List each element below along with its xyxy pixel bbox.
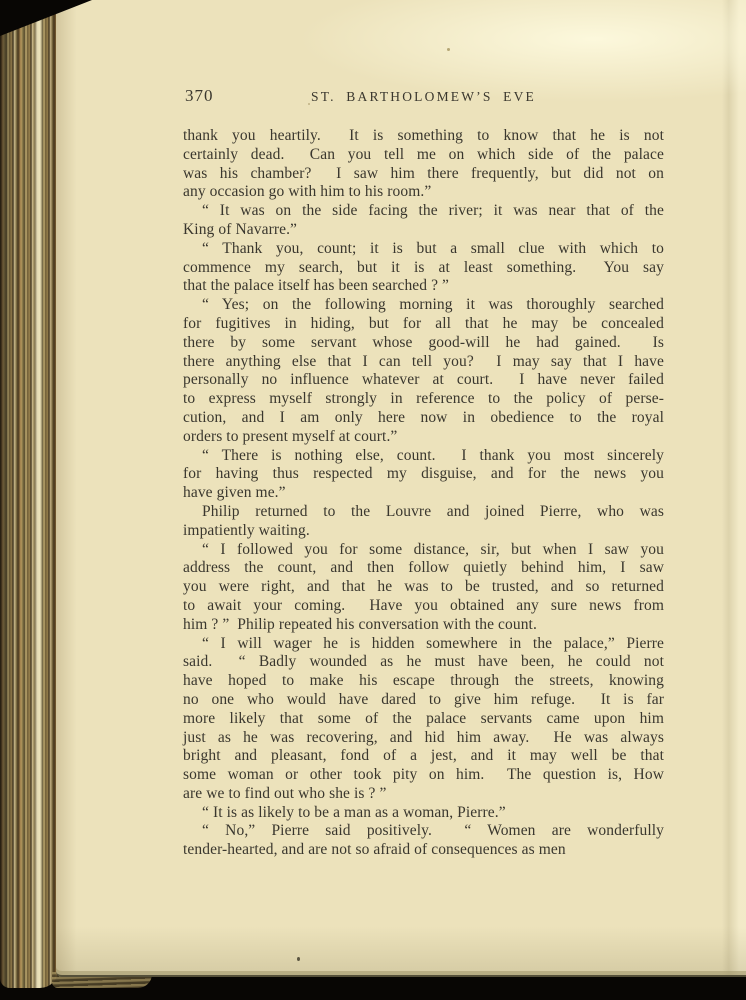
text-line: have hoped to make his escape through th…	[183, 672, 664, 691]
running-head: 370 ST. BARTHOLOMEW’S EVE	[183, 86, 664, 108]
text-line: personally no influence whatever at cour…	[183, 371, 664, 390]
text-line: are we to find out who she is ? ”	[183, 785, 664, 804]
text-line: “ It is as likely to be a man as a woman…	[183, 804, 664, 823]
paragraph: “ Yes; on the following morning it was t…	[183, 296, 664, 446]
text-line: said. “ Badly wounded as he must have be…	[183, 653, 664, 672]
paragraph: “ It is as likely to be a man as a woman…	[183, 804, 664, 823]
text-line: “ Thank you, count; it is but a small cl…	[183, 240, 664, 259]
text-line: certainly dead. Can you tell me on which…	[183, 146, 664, 165]
book-page: 370 ST. BARTHOLOMEW’S EVE thank you hear…	[56, 0, 746, 977]
paragraph: Philip returned to the Louvre and joined…	[183, 503, 664, 541]
paragraph: “ It was on the side facing the river; i…	[183, 202, 664, 240]
scan-speck	[447, 48, 450, 51]
scan-speck	[297, 957, 300, 961]
text-line: no one who would have dared to give him …	[183, 691, 664, 710]
text-line: “ It was on the side facing the river; i…	[183, 202, 664, 221]
text-line: “ No,” Pierre said positively. “ Women a…	[183, 822, 664, 841]
text-line: “ I followed you for some distance, sir,…	[183, 541, 664, 560]
text-line: for having thus respected my disguise, a…	[183, 465, 664, 484]
text-line: have given me.”	[183, 484, 664, 503]
text-line: that the palace itself has been searched…	[183, 277, 664, 296]
text-line: “ There is nothing else, count. I thank …	[183, 447, 664, 466]
paragraph: “ There is nothing else, count. I thank …	[183, 447, 664, 503]
text-line: to await your coming. Have you obtained …	[183, 597, 664, 616]
scan-speck	[308, 103, 310, 105]
paragraph: “ No,” Pierre said positively. “ Women a…	[183, 822, 664, 860]
text-line: orders to present myself at court.”	[183, 428, 664, 447]
text-line: him ? ” Philip repeated his conversation…	[183, 616, 664, 635]
text-line: King of Navarre.”	[183, 221, 664, 240]
text-line: bright and pleasant, fond of a jest, and…	[183, 747, 664, 766]
text-line: any occasion go with him to his room.”	[183, 183, 664, 202]
text-line: there by some servant whose good-will he…	[183, 334, 664, 353]
text-line: you were right, and that he was to be tr…	[183, 578, 664, 597]
text-line: Philip returned to the Louvre and joined…	[183, 503, 664, 522]
paragraph: thank you heartily. It is something to k…	[183, 127, 664, 202]
text-line: “ I will wager he is hidden somewhere in…	[183, 635, 664, 654]
book-fore-edge	[0, 0, 58, 988]
body-text: thank you heartily. It is something to k…	[183, 127, 664, 860]
text-line: just as he was recovering, and hid him a…	[183, 729, 664, 748]
text-line: thank you heartily. It is something to k…	[183, 127, 664, 146]
paragraph: “ I followed you for some distance, sir,…	[183, 541, 664, 635]
text-line: more likely that some of the palace serv…	[183, 710, 664, 729]
text-line: there anything else that I can tell you?…	[183, 353, 664, 372]
text-line: cution, and I am only here now in obedie…	[183, 409, 664, 428]
text-line: “ Yes; on the following morning it was t…	[183, 296, 664, 315]
page-number: 370	[185, 86, 214, 106]
text-line: commence my search, but it is at least s…	[183, 259, 664, 278]
text-line: address the count, and then follow quiet…	[183, 559, 664, 578]
text-line: impatiently waiting.	[183, 522, 664, 541]
text-line: for fugitives in hiding, but for all tha…	[183, 315, 664, 334]
text-line: to express myself strongly in reference …	[183, 390, 664, 409]
text-line: tender-hearted, and are not so afraid of…	[183, 841, 664, 860]
text-line: some woman or other took pity on him. Th…	[183, 766, 664, 785]
text-line: was his chamber? I saw him there frequen…	[183, 165, 664, 184]
paragraph: “ Thank you, count; it is but a small cl…	[183, 240, 664, 296]
running-title: ST. BARTHOLOMEW’S EVE	[311, 89, 536, 105]
paragraph: “ I will wager he is hidden somewhere in…	[183, 635, 664, 804]
